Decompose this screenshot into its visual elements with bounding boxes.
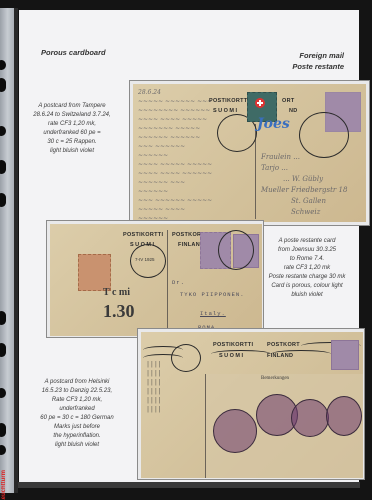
danzig-postage-due-stamp bbox=[326, 396, 362, 436]
caption-line: A poste restante card bbox=[261, 237, 353, 246]
caption-line: 30 c = 25 Rappen. bbox=[21, 138, 123, 147]
punch-hole bbox=[0, 423, 6, 437]
handwritten-line: ~~~~~ ~~~~~~ ~~~ bbox=[138, 97, 213, 106]
address-line: Dr. bbox=[172, 279, 185, 286]
form-title: Bemerkungen bbox=[261, 376, 289, 381]
caption-line: rate CF3 1,20 mk bbox=[261, 264, 353, 273]
address-line: Mueller Friedbergstr 18 bbox=[261, 185, 361, 196]
card-header-left: POSTIKORTTI bbox=[123, 232, 163, 238]
sheet-bottom-edge bbox=[18, 482, 360, 488]
punch-hole bbox=[0, 445, 6, 455]
heading-right-line1: Foreign mail bbox=[292, 50, 344, 61]
caption-tampere-card: A postcard from Tampere 28.6.24 to Switz… bbox=[21, 102, 123, 156]
card-header-right: ORT bbox=[282, 98, 295, 104]
card-header-right: POSTKORT bbox=[267, 342, 300, 348]
handwritten-date: 28.6.24 bbox=[138, 88, 213, 97]
binder-brand-label: Leuchtturm bbox=[1, 463, 14, 500]
handwritten-line: | | | | bbox=[147, 396, 202, 405]
heading-foreign-mail: Foreign mail Poste restante bbox=[292, 50, 344, 72]
binder-rail bbox=[14, 8, 18, 493]
handwritten-line: ~~~ ~~~~~~ ~~~~~ bbox=[138, 196, 213, 205]
handwritten-line: ~~~~ ~~~~ ~~~~~~ bbox=[138, 169, 213, 178]
handwritten-address: Fraulein ... Tarjo ... ... W. Gübly Muel… bbox=[261, 152, 361, 218]
album-sheet: Porous cardboard Foreign mail Poste rest… bbox=[19, 10, 359, 483]
punch-hole bbox=[0, 60, 6, 70]
binder-strip: Leuchtturm bbox=[0, 8, 15, 493]
swiss-cross-icon bbox=[255, 98, 265, 108]
handwritten-line: ~~~~~~~~ ~~~~~~ bbox=[138, 106, 213, 115]
heading-porous-cardboard: Porous cardboard bbox=[41, 48, 106, 57]
caption-line: to Rome 7.4. bbox=[261, 255, 353, 264]
caption-line: bluish violet bbox=[261, 291, 353, 300]
caption-line: the hyperinflation. bbox=[27, 432, 127, 441]
address-line: Schweiz bbox=[261, 207, 361, 218]
caption-line: Poste restante charge 30 mk bbox=[261, 273, 353, 282]
handwritten-line: ~~~~~~~ ~~~~~ bbox=[138, 124, 213, 133]
punch-hole bbox=[0, 78, 6, 92]
tax-mark-label: T c mi bbox=[103, 287, 130, 298]
card-mount-joensuu: POSTIKORTTI POSTKORT SUOMI FINLAND 7-IV … bbox=[46, 220, 264, 338]
postmark-joensuu bbox=[218, 230, 254, 270]
caption-line: 16.5.23 to Danzig 22.5.23, bbox=[27, 387, 127, 396]
caption-line: Marks just before bbox=[27, 423, 127, 432]
caption-line: 28.6.24 to Switzeland 3.7.24, bbox=[21, 111, 123, 120]
punch-hole bbox=[0, 160, 6, 174]
address-line: TYKO PIIPPONEN. bbox=[180, 291, 245, 298]
address-line: Italy. bbox=[200, 310, 226, 317]
punch-hole bbox=[0, 388, 6, 398]
postcard-joensuu: POSTIKORTTI POSTKORT SUOMI FINLAND 7-IV … bbox=[50, 224, 262, 336]
address-line: ... W. Gübly bbox=[261, 174, 361, 185]
caption-line: from Joensuu 30.3.25 bbox=[261, 246, 353, 255]
machine-cancel-wave bbox=[211, 350, 271, 358]
card-mount-helsinki: POSTIKORTTI POSTKORT SUOMI FINLAND Bemer… bbox=[137, 328, 365, 480]
caption-line: light bluish violet bbox=[27, 441, 127, 450]
caption-line: 60 pe = 30 c = 180 German bbox=[27, 414, 127, 423]
address-line: St. Gallen bbox=[261, 196, 361, 207]
caption-line: underfranked 60 pe = bbox=[21, 129, 123, 138]
violet-indicium-stamp bbox=[331, 340, 359, 370]
postmark-rome: 7-IV 1925 bbox=[130, 244, 166, 278]
handwritten-message: | | | | | | | | | | | | | | | | | | | | … bbox=[147, 360, 202, 414]
address-line: Tarjo ... bbox=[261, 163, 361, 174]
caption-line: light bluish violet bbox=[21, 147, 123, 156]
card-mount-tampere: 28.6.24 ~~~~~ ~~~~~~ ~~~ ~~~~~~~~ ~~~~~~… bbox=[129, 80, 370, 226]
punch-hole bbox=[0, 311, 6, 325]
handwritten-line: | | | | bbox=[147, 405, 202, 414]
punch-hole bbox=[0, 343, 6, 357]
card-header-left: POSTIKORTTI bbox=[213, 342, 253, 348]
postcard-helsinki: POSTIKORTTI POSTKORT SUOMI FINLAND Bemer… bbox=[141, 332, 363, 478]
punch-hole bbox=[0, 126, 6, 136]
card-country-right: ND bbox=[289, 108, 298, 114]
handwritten-line: ~~~~~~ ~~~~~~ bbox=[138, 133, 213, 142]
caption-helsinki-card: A postcard from Helsinki 16.5.23 to Danz… bbox=[27, 378, 127, 450]
italian-postage-due-stamp bbox=[78, 254, 111, 291]
caption-line: A postcard from Tampere bbox=[21, 102, 123, 111]
handwritten-line: | | | | bbox=[147, 360, 202, 369]
punch-hole bbox=[0, 193, 6, 207]
handwritten-line: ~~~ ~~~~~~ ~~~~~~ bbox=[138, 142, 213, 160]
handwritten-line: | | | | bbox=[147, 369, 202, 378]
card-divider bbox=[167, 230, 168, 330]
heading-right-line2: Poste restante bbox=[292, 61, 344, 72]
caption-joensuu-card: A poste restante card from Joensuu 30.3.… bbox=[261, 237, 353, 300]
caption-line: underfranked bbox=[27, 405, 127, 414]
handwritten-line: ~~~~~~ ~~~ ~~~~~~ bbox=[138, 178, 213, 196]
danzig-postage-due-stamp bbox=[213, 409, 257, 453]
machine-cancel-wave bbox=[271, 350, 331, 358]
handwritten-message: 28.6.24 ~~~~~ ~~~~~~ ~~~ ~~~~~~~~ ~~~~~~… bbox=[138, 88, 213, 222]
caption-line: Card is porous, colour light bbox=[261, 282, 353, 291]
caption-line: Rate CF3 1,20 mk, bbox=[27, 396, 127, 405]
blue-crayon-mark: Joes bbox=[257, 116, 290, 132]
tax-mark-amount: 1.30 bbox=[103, 301, 135, 322]
card-header-left: POSTIKORTTI bbox=[209, 98, 249, 104]
address-line: Fraulein ... bbox=[261, 152, 361, 163]
caption-line: A postcard from Helsinki bbox=[27, 378, 127, 387]
handwritten-line: ~~~~ ~~~~ ~~~~~ bbox=[138, 115, 213, 124]
postmark-date: 7-IV 1925 bbox=[135, 257, 155, 262]
handwritten-line: | | | | bbox=[147, 387, 202, 396]
postcard-tampere: 28.6.24 ~~~~~ ~~~~~~ ~~~ ~~~~~~~~ ~~~~~~… bbox=[133, 84, 366, 222]
danzig-postage-due-stamp bbox=[291, 399, 329, 437]
handwritten-line: ~~~~ ~~~~~ ~~~~~ bbox=[138, 160, 213, 169]
handwritten-line: | | | | bbox=[147, 378, 202, 387]
caption-line: rate CF3 1,20 mk, bbox=[21, 120, 123, 129]
